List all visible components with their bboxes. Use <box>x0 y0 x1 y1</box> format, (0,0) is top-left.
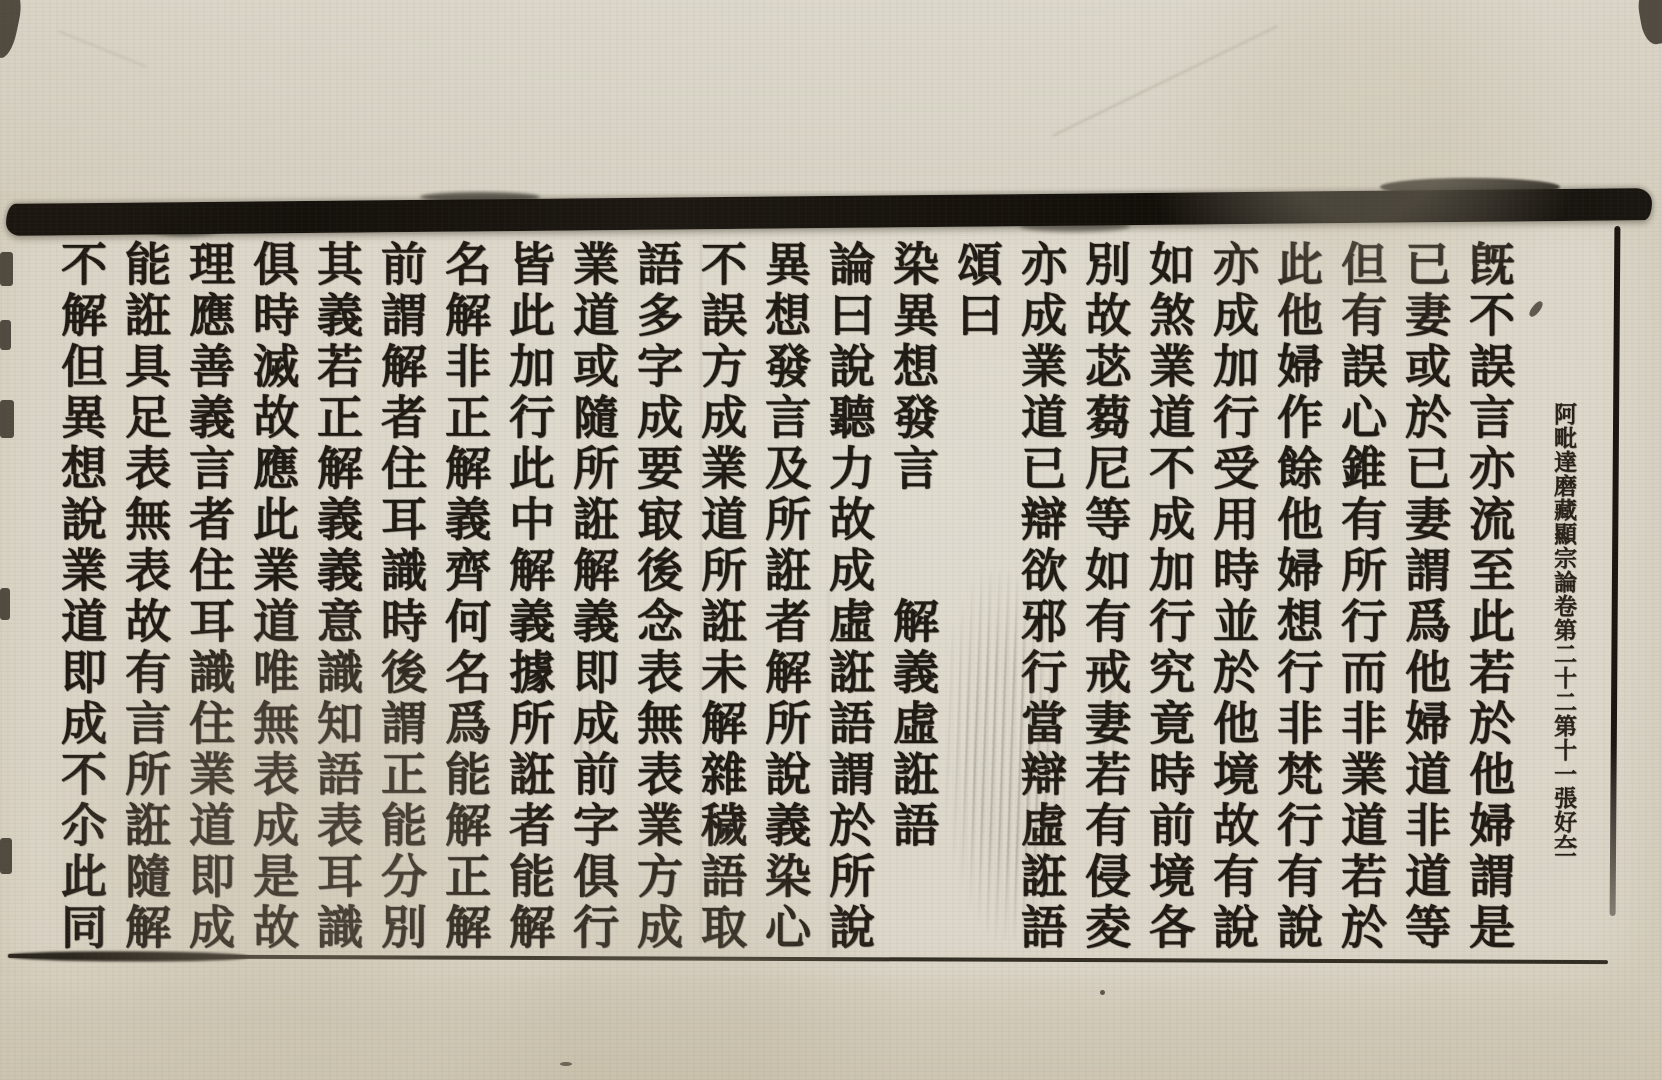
text-column-14: 語多字成要㝡後念表無表業方成 <box>624 240 688 958</box>
text-column-2: 已妻或於已妻謂爲他婦道非道等 <box>1392 240 1456 958</box>
text-column-4: 此他婦作餘他婦想行非梵行有說 <box>1264 240 1328 958</box>
paper-page: 旣不誤言亦流至此若於他婦謂是已妻或於已妻謂爲他婦道非道等但有誤心錐有所行而非業道… <box>0 0 1662 1080</box>
text-column-19: 其義若正解義義意識知語表耳識 <box>304 240 368 958</box>
lower-margin-paper <box>0 975 1662 1080</box>
text-column-8: 亦成業道已辯欲邪行當辯虛誑語 <box>1008 240 1072 958</box>
ink-fragment <box>0 588 10 620</box>
text-column-11: 論曰說聽力故成虛誑語謂於所說 <box>816 240 880 958</box>
marginal-volume-title: 阿毗達磨藏顯宗論卷第二十二第十一張好夳 <box>1548 402 1578 882</box>
text-column-10: 染異想發言 解義虛誑語 <box>880 240 944 958</box>
text-column-1: 旣不誤言亦流至此若於他婦謂是 <box>1456 240 1520 958</box>
ink-blob <box>1020 220 1130 232</box>
ink-blob <box>1380 178 1560 196</box>
text-column-3: 但有誤心錐有所行而非業道若於 <box>1328 240 1392 958</box>
text-column-7: 別故苾蒭尼等如有戒妻若有侵夌 <box>1072 240 1136 958</box>
text-column-22: 能誑具足表無表故有言所誑隨解 <box>112 240 176 958</box>
text-column-20: 俱時滅故應此業道唯無表成是故 <box>240 240 304 958</box>
ink-speck <box>1100 990 1105 995</box>
text-column-18: 前謂解者住耳識時後謂正能分別 <box>368 240 432 958</box>
ink-fragment <box>0 838 12 874</box>
text-column-17: 名解非正解義齊何名爲能解正解 <box>432 240 496 958</box>
ink-fragment <box>0 400 14 438</box>
ink-blob <box>150 222 220 236</box>
ink-speck <box>560 1062 572 1066</box>
right-frame-line <box>1610 226 1621 916</box>
text-column-6: 如煞業道不成加行究竟時前境各 <box>1136 240 1200 958</box>
text-column-23: 不解但異想說業道即成不尒此同 <box>48 240 112 958</box>
ink-blob <box>420 192 540 202</box>
ink-fragment <box>0 320 11 350</box>
text-block: 旣不誤言亦流至此若於他婦謂是已妻或於已妻謂爲他婦道非道等但有誤心錐有所行而非業道… <box>48 240 1520 958</box>
upper-margin-paper <box>0 0 1662 192</box>
top-ink-band <box>6 188 1652 236</box>
text-column-16: 皆此加行此中解義據所誑者能解 <box>496 240 560 958</box>
text-column-15: 業道或隨所誑解義即成前字俱行 <box>560 240 624 958</box>
text-column-21: 理應善義言者住耳識住業道即成 <box>176 240 240 958</box>
text-column-12: 異想發言及所誑者解所說義染心 <box>752 240 816 958</box>
text-column-5: 亦成加行受用時並於他境故有說 <box>1200 240 1264 958</box>
text-column-9: 頌曰 <box>944 240 1008 958</box>
text-column-13: 不誤方成業道所誑未解雜穢語取 <box>688 240 752 958</box>
ink-fragment <box>0 252 13 286</box>
